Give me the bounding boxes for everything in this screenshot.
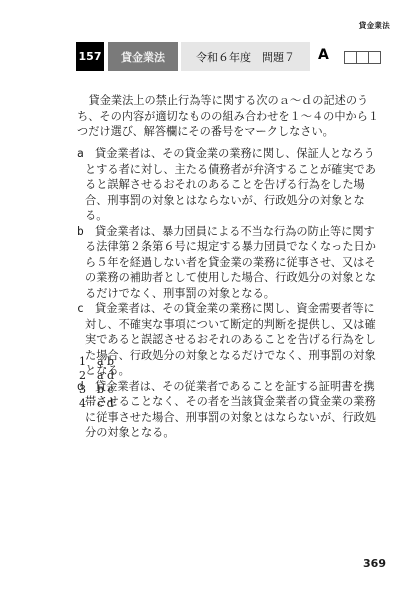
rank-label: A bbox=[318, 47, 329, 63]
question-number-badge: 157 bbox=[76, 42, 104, 71]
page-number: 369 bbox=[363, 557, 386, 570]
choice-number: 4 bbox=[79, 397, 97, 411]
statement-text: 貸金業者は、その従業者であることを証する証明書を携帯させることなく、その者を当該… bbox=[85, 379, 383, 441]
choice-1[interactable]: 1 a b bbox=[79, 355, 114, 369]
question-intro: 貸金業法上の禁止行為等に関する次のａ～ｄの記述のうち、その内容が適切なものの組み… bbox=[77, 93, 383, 140]
check-box-3[interactable] bbox=[368, 51, 381, 64]
choice-combo: a d bbox=[97, 369, 114, 383]
choice-number: 1 bbox=[79, 355, 97, 369]
choice-combo: c d bbox=[97, 397, 114, 411]
running-head: 貸金業法 bbox=[359, 20, 390, 31]
answer-choices: 1 a b 2 a d 3 b c 4 c d bbox=[79, 355, 114, 411]
exam-year-label: 令和６年度 問題７ bbox=[181, 42, 310, 71]
check-boxes bbox=[344, 51, 380, 64]
choice-4[interactable]: 4 c d bbox=[79, 397, 114, 411]
statement-text: 貸金業者は、その貸金業の業務に関し、保証人となろうとする者に対し、主たる債務者が… bbox=[85, 146, 383, 224]
choice-3[interactable]: 3 b c bbox=[79, 383, 114, 397]
statement-letter: b bbox=[77, 224, 85, 302]
statement-text: 貸金業者は、その貸金業の業務に関し、資金需要者等に対し、不確実な事項について断定… bbox=[85, 301, 383, 379]
choice-combo: a b bbox=[97, 355, 114, 369]
statement-d: d 貸金業者は、その従業者であることを証する証明書を携帯させることなく、その者を… bbox=[77, 379, 383, 441]
statement-letter: a bbox=[77, 146, 85, 224]
statement-text: 貸金業者は、暴力団員による不当な行為の防止等に関する法律第２条第６号に規定する暴… bbox=[85, 224, 383, 302]
choice-2[interactable]: 2 a d bbox=[79, 369, 114, 383]
choice-number: 2 bbox=[79, 369, 97, 383]
statement-b: b 貸金業者は、暴力団員による不当な行為の防止等に関する法律第２条第６号に規定す… bbox=[77, 224, 383, 302]
choice-combo: b c bbox=[97, 383, 114, 397]
choice-number: 3 bbox=[79, 383, 97, 397]
statement-a: a 貸金業者は、その貸金業の業務に関し、保証人となろうとする者に対し、主たる債務… bbox=[77, 146, 383, 224]
subject-label: 貸金業法 bbox=[108, 42, 178, 71]
statement-list: a 貸金業者は、その貸金業の業務に関し、保証人となろうとする者に対し、主たる債務… bbox=[77, 146, 383, 441]
statement-c: c 貸金業者は、その貸金業の業務に関し、資金需要者等に対し、不確実な事項について… bbox=[77, 301, 383, 379]
